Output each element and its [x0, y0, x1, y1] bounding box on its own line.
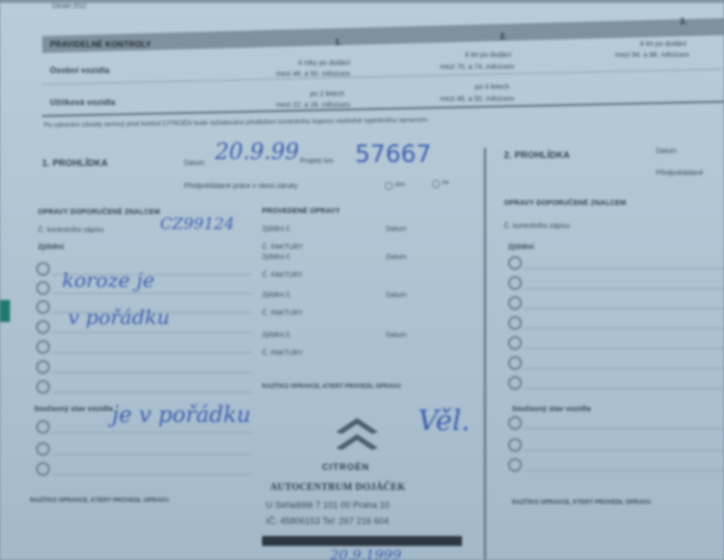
inspection1-date-value: 20.9.99	[215, 140, 299, 165]
signature: Věl.	[418, 404, 470, 437]
row1-c2-b: mezi 70. a 74. měsícem	[440, 64, 514, 71]
row1-c3-a: 8 let po dodání	[640, 41, 686, 48]
checklist-circle[interactable]	[36, 360, 50, 374]
checklist-circle[interactable]	[36, 380, 50, 394]
repair-date-label: Datum	[386, 226, 407, 233]
invoice-label: Č. FAKTURY	[262, 310, 303, 317]
header-col2: 2.	[500, 32, 507, 41]
row2-c2-b: mezi 46. a 50. měsícem	[440, 96, 514, 103]
ruled-line	[524, 368, 724, 369]
row1-c3-b: mezi 94. a 98. měsícem	[615, 52, 689, 59]
performed-title: PROVEDENÉ OPRAVY	[262, 208, 340, 215]
checklist-circle[interactable]	[508, 336, 522, 350]
ruled-line	[524, 288, 724, 289]
inspection1-question: Předpokládané práce v rámci záruky	[184, 183, 298, 190]
radio-yes[interactable]	[385, 182, 393, 190]
checklist-circle[interactable]	[508, 376, 522, 390]
row-divider	[42, 69, 722, 85]
ruled-line	[524, 268, 724, 269]
handwritten-line2: v pořádku	[68, 305, 170, 329]
inspection1-date-label: Datum	[184, 160, 205, 167]
inspection2-recommended-title: OPRAVY DOPORUČENÉ ZNALCEM	[504, 200, 626, 207]
inspection1-title: 1. PROHLÍDKA	[42, 158, 108, 168]
condition-value: je v pořádku	[112, 403, 251, 428]
row-label-passenger: Osobní vozidla	[50, 66, 110, 75]
row2-c1-a: po 2 letech	[310, 91, 344, 98]
checklist-circle[interactable]	[36, 262, 50, 276]
header-col1: 1.	[335, 38, 342, 47]
header-col3: 3.	[680, 17, 687, 26]
checklist-circle[interactable]	[508, 438, 522, 452]
checklist-circle[interactable]	[508, 276, 522, 290]
note-text: Po vykonání závady seriový prod kontrol …	[44, 117, 429, 129]
inspection2-condition-label: Současný stav vozidla	[512, 406, 591, 413]
stamp-caption-1: RAZÍTKO OPRAVCE, KTERÝ PROVEDL OPRAVU	[30, 498, 169, 504]
invoice-label: Č. FAKTURY	[262, 272, 303, 279]
checklist-circle[interactable]	[36, 320, 50, 334]
ruled-line	[524, 450, 724, 451]
row1-c1-a: 4 roky po dodání	[298, 60, 350, 67]
ruled-line	[52, 392, 252, 393]
row2-c2-a: po 4 letech	[475, 84, 509, 91]
column-divider	[484, 148, 486, 560]
corner-note: Citroën 2012	[52, 4, 86, 10]
report-no-label: Č. kontrolního zápisu	[38, 227, 104, 234]
checklist-circle[interactable]	[508, 296, 522, 310]
repair-date-label: Datum	[386, 254, 407, 261]
ruled-line	[524, 308, 724, 309]
condition-label: Současný stav vozidla	[34, 406, 113, 413]
inspection2-question: Předpokládané	[656, 170, 703, 177]
repair-label: Zjištěni č.	[262, 226, 292, 233]
ruled-line	[52, 432, 252, 433]
checklist-circle[interactable]	[508, 416, 522, 430]
page-edge	[0, 0, 724, 3]
stamp-handwritten-date: 20.9.1999	[330, 548, 401, 560]
stamp-caption-2: RAZÍTKO OPRAVCE, KTERÝ PROVEDL OPRAVU	[512, 500, 651, 506]
repair-date-label: Datum	[386, 332, 407, 339]
checklist-circle[interactable]	[508, 458, 522, 472]
inspection2-date-label: Datum	[656, 148, 677, 155]
checklist-circle[interactable]	[36, 340, 50, 354]
checklist-circle[interactable]	[36, 462, 50, 476]
invoice-label: Č. FAKTURY	[262, 350, 303, 357]
ruled-line	[52, 293, 252, 294]
ruled-line	[52, 332, 252, 333]
citroen-chevrons-logo	[332, 412, 382, 456]
inspection2-report-no-label: Č. kontrolního zápisu	[504, 223, 570, 230]
checklist-circle[interactable]	[36, 281, 50, 295]
defects-label: Zjištěni	[38, 244, 64, 251]
checklist-circle[interactable]	[508, 256, 522, 270]
checklist-circle[interactable]	[36, 300, 50, 314]
radio-no[interactable]	[432, 180, 440, 188]
ruled-line	[52, 474, 252, 475]
ruled-line	[524, 388, 724, 389]
ruled-line	[52, 454, 252, 455]
row1-c2-a: 6 let po dodání	[465, 52, 511, 59]
report-no-value: CZ99124	[160, 214, 234, 233]
ruled-line	[524, 328, 724, 329]
ruled-line	[524, 428, 724, 429]
handwritten-line1: koroze je	[62, 268, 155, 292]
repair-date-label: Datum	[386, 292, 407, 299]
inspection1-km-label: Projeto km	[300, 158, 333, 165]
service-book-page: Citroën 2012 PRAVIDELNÉ KONTROLY 1. 2. 3…	[0, 0, 724, 560]
repair-label: Zjištěni č.	[262, 332, 292, 339]
radio-yes-label: ano	[395, 182, 405, 188]
checklist-circle[interactable]	[508, 316, 522, 330]
repair-label: Zjištěni č.	[262, 292, 292, 299]
checklist-circle[interactable]	[36, 442, 50, 456]
checklist-circle[interactable]	[508, 356, 522, 370]
ruled-line	[52, 352, 252, 353]
invoice-label: Č. FAKTURY	[262, 244, 303, 251]
stamp-dealer: AUTOCENTRUM DOJÁČEK	[270, 482, 406, 493]
stamp-ids: IČ: 45806153 Tel: 267 216 604	[266, 516, 389, 526]
stamp-brand: CITROËN	[322, 462, 370, 472]
header-title: PRAVIDELNÉ KONTROLY	[50, 40, 151, 49]
green-page-tab	[0, 300, 10, 322]
row-label-commercial: Užitková vozidla	[50, 98, 115, 107]
ruled-line	[52, 372, 252, 373]
radio-no-label: ne	[442, 180, 449, 186]
inspection2-title: 2. PROHLÍDKA	[504, 150, 570, 160]
inspection2-defects-label: Zjištěni	[508, 244, 534, 251]
stamp-address: U Seřadiště 7 101 00 Praha 10	[266, 500, 390, 510]
header-bottom-rule	[42, 101, 724, 117]
repair-label: Zjištěni č.	[262, 254, 292, 261]
inspection1-km-value: 57667	[355, 140, 431, 168]
ruled-line	[524, 470, 724, 471]
stamp-bar	[262, 536, 462, 546]
stamp-caption-repairs: RAZÍTKO OPRAVCE, KTERÝ PROVEDL OPRAVU	[262, 384, 401, 390]
recommended-title: OPRAVY DOPORUČENÉ ZNALCEM	[38, 209, 160, 216]
checklist-circle[interactable]	[36, 420, 50, 434]
ruled-line	[524, 348, 724, 349]
